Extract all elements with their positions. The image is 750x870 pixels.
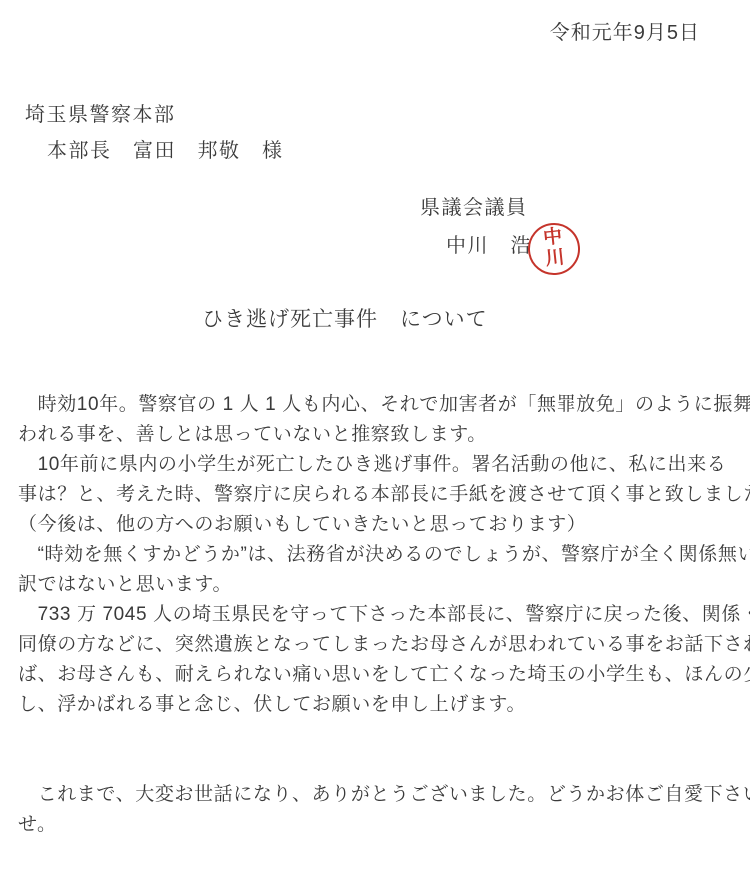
- sender-title: 県議会議員: [420, 191, 528, 220]
- text-line: （今後は、他の方へのお願いもしていきたいと思っております）: [18, 510, 734, 540]
- text-line: 時効10年。警察官の 1 人 1 人も内心、それで加害者が「無罪放免」のように振…: [18, 390, 734, 420]
- recipient-organization: 埼玉県警察本部: [25, 98, 176, 127]
- sender-name: 中川 浩: [446, 229, 532, 258]
- recipient-person: 本部長 富田 邦敬 様: [47, 134, 284, 163]
- text-line: “時効を無くすかどうか”は、法務省が決めるのでしょうが、警察庁が全く関係無い: [18, 540, 734, 570]
- letter-closing: これまで、大変お世話になり、ありがとうございました。どうかお体ご自愛下さいませ。: [18, 780, 734, 840]
- letter-page: 令和元年9月5日 埼玉県警察本部 本部長 富田 邦敬 様 県議会議員 中川 浩 …: [0, 0, 750, 870]
- text-line: し、浮かばれる事と念じ、伏してお願いを申し上げます。: [18, 690, 734, 720]
- letter-date: 令和元年9月5日: [550, 16, 700, 45]
- text-line: 同僚の方などに、突然遺族となってしまったお母さんが思われている事をお話下され: [18, 630, 734, 660]
- text-line: ば、お母さんも、耐えられない痛い思いをして亡くなった埼玉の小学生も、ほんの少: [18, 660, 734, 690]
- text-line: 事は？と、考えた時、警察庁に戻られる本部長に手紙を渡させて頂く事と致しました。: [18, 480, 734, 510]
- letter-body: 時効10年。警察官の 1 人 1 人も内心、それで加害者が「無罪放免」のように振…: [18, 390, 734, 720]
- text-line: せ。: [18, 810, 734, 840]
- subject-line: ひき逃げ死亡事件 について: [202, 303, 488, 333]
- text-line: われる事を、善しとは思っていないと推察致します。: [18, 420, 734, 450]
- text-line: 10年前に県内の小学生が死亡したひき逃げ事件。署名活動の他に、私に出来る: [18, 450, 734, 480]
- text-line: 733 万 7045 人の埼玉県民を守って下さった本部長に、警察庁に戻った後、関…: [18, 600, 734, 630]
- hanko-stamp-icon: 中 川: [525, 220, 582, 277]
- stamp-char-bottom: 川: [545, 248, 566, 270]
- text-line: 訳ではないと思います。: [18, 570, 734, 600]
- text-line: これまで、大変お世話になり、ありがとうございました。どうかお体ご自愛下さいま: [18, 780, 734, 810]
